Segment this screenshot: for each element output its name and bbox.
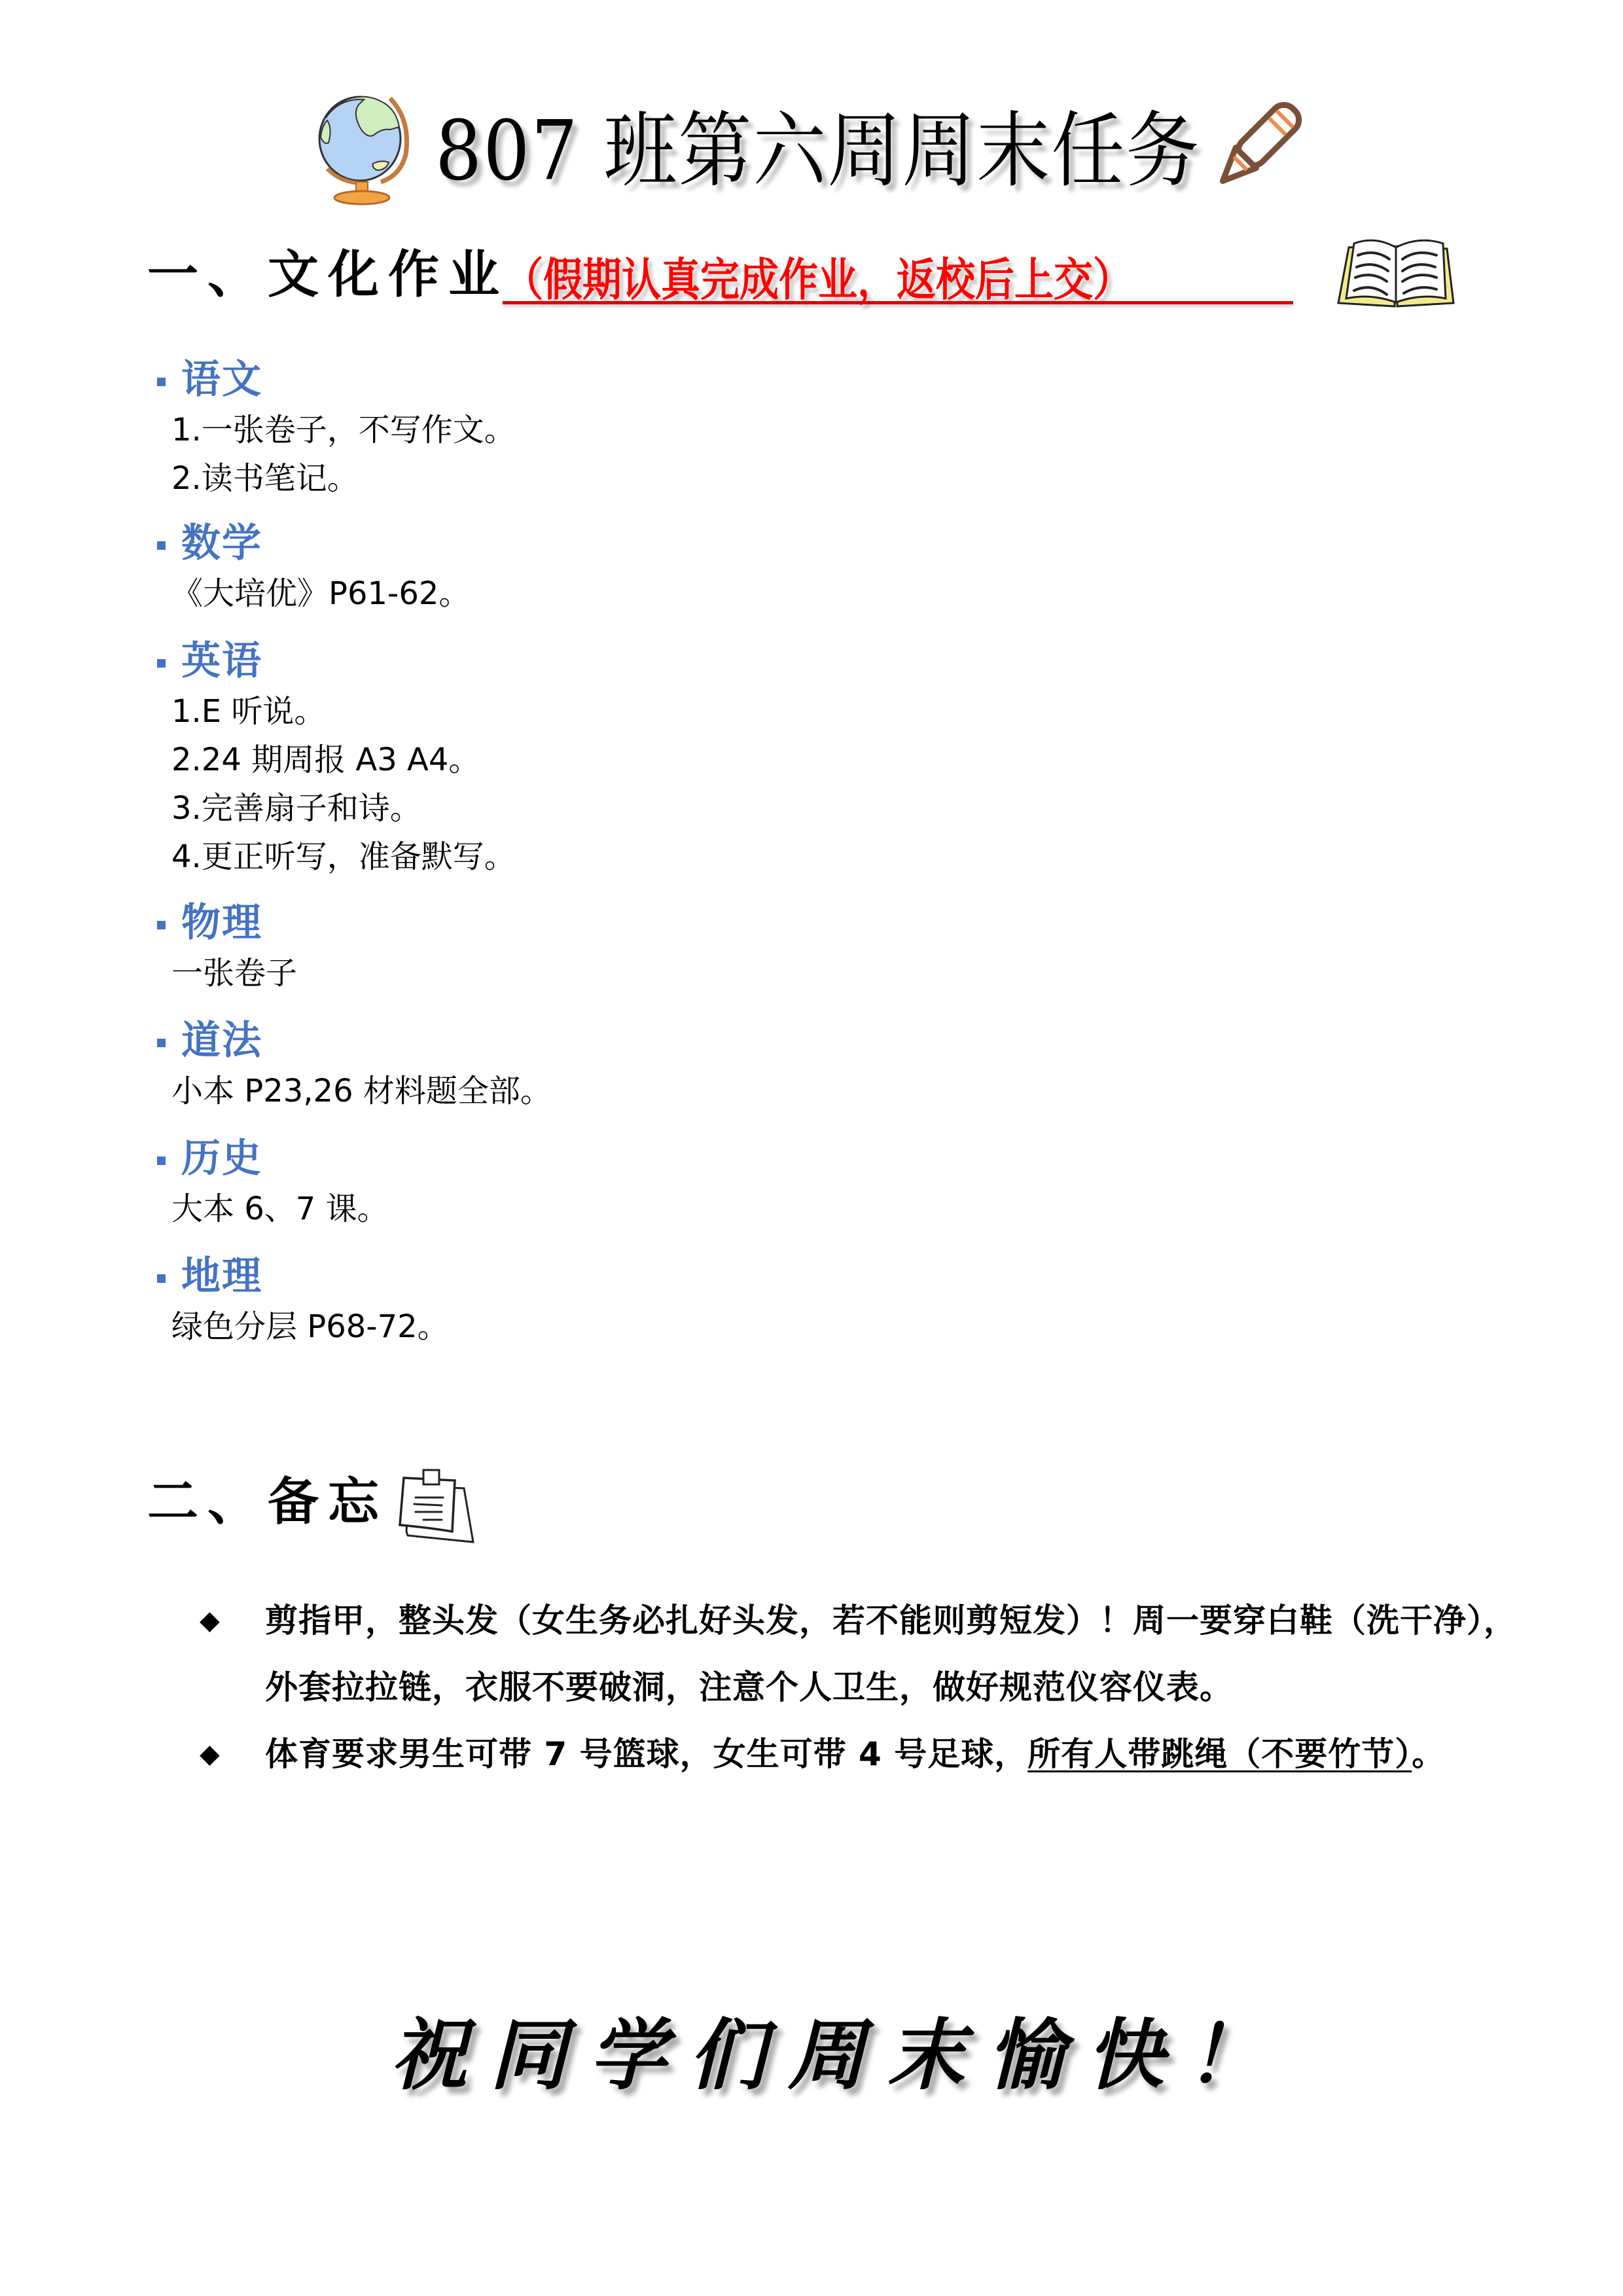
bullet-icon [157,541,166,550]
task-line: 3.完善扇子和诗。 [171,784,516,833]
task-line: 小本 P23,26 材料题全部。 [171,1067,552,1115]
subject-heading: 物理 [157,897,297,949]
closing-greeting: 祝同学们周末愉快！ [0,2003,1623,2108]
bullet-icon [157,378,166,386]
task-line: 一张卷子 [171,949,297,997]
diamond-bullet-icon: ◆ [200,1721,265,1787]
task-line: 2.读书笔记。 [171,454,516,503]
section-heading-memo: 二、备忘 [147,1469,388,1535]
task-line: 绿色分层 P68-72。 [171,1302,449,1351]
memo-text: 体育要求男生可带 7 号篮球，女生可带 4 号足球，所有人带跳绳（不要竹节）。 [265,1721,1535,1787]
memo-text-part: 。 [1412,1735,1445,1773]
pencil-icon [1214,98,1306,190]
diamond-bullet-icon: ◆ [200,1587,265,1654]
memo-item-grooming: ◆ 剪指甲，整头发（女生务必扎好头发，若不能则剪短发）！周一要穿白鞋（洗干净），… [200,1587,1535,1721]
subject-math: 数学 《大培优》P61-62。 [157,517,470,618]
subject-heading: 道法 [157,1014,552,1067]
memo-item-pe: ◆ 体育要求男生可带 7 号篮球，女生可带 4 号足球，所有人带跳绳（不要竹节）… [200,1721,1535,1787]
subject-heading: 英语 [157,635,516,687]
task-line: 1.一张卷子，不写作文。 [171,406,516,454]
subject-heading: 地理 [157,1250,449,1302]
memo-text-underlined: 所有人带跳绳（不要竹节） [1027,1735,1412,1773]
section-heading-homework: 一、文化作业 [147,242,508,308]
subject-name: 物理 [181,897,262,949]
homework-note-underline [503,301,1293,304]
task-line: 《大培优》P61-62。 [171,569,470,618]
memo-list: ◆ 剪指甲，整头发（女生务必扎好头发，若不能则剪短发）！周一要穿白鞋（洗干净），… [200,1587,1535,1787]
book-icon [1332,234,1459,312]
bullet-icon [157,921,166,929]
globe-icon [313,92,418,206]
subject-name: 历史 [181,1132,262,1185]
task-line: 2.24 期周报 A3 A4。 [171,736,516,784]
subject-heading: 数学 [157,517,470,569]
page-title: 807 班第六周周末任务 [435,103,1200,199]
memo-text: 剪指甲，整头发（女生务必扎好头发，若不能则剪短发）！周一要穿白鞋（洗干净），外套… [265,1587,1535,1721]
subject-geography: 地理 绿色分层 P68-72。 [157,1250,449,1351]
task-line: 大本 6、7 课。 [171,1185,389,1233]
task-line: 4.更正听写，准备默写。 [171,833,516,881]
bullet-icon [157,1157,166,1165]
memo-text-part: 体育要求男生可带 7 号篮球，女生可带 4 号足球， [265,1735,1027,1773]
subject-name: 地理 [181,1250,262,1302]
subject-civics: 道法 小本 P23,26 材料题全部。 [157,1014,552,1115]
task-line: 1.E 听说。 [171,687,516,736]
subject-name: 道法 [181,1014,262,1067]
memo-icon [396,1467,478,1556]
subject-name: 数学 [181,517,262,569]
subject-english: 英语 1.E 听说。 2.24 期周报 A3 A4。 3.完善扇子和诗。 4.更… [157,635,516,881]
bullet-icon [157,659,166,668]
subject-physics: 物理 一张卷子 [157,897,297,997]
bullet-icon [157,1274,166,1283]
subject-name: 语文 [181,353,262,406]
subject-history: 历史 大本 6、7 课。 [157,1132,389,1233]
subject-chinese: 语文 1.一张卷子，不写作文。 2.读书笔记。 [157,353,516,503]
bullet-icon [157,1039,166,1047]
subject-heading: 历史 [157,1132,389,1185]
title-row: 807 班第六周周末任务 [0,85,1623,209]
subject-heading: 语文 [157,353,516,406]
subject-name: 英语 [181,635,262,687]
